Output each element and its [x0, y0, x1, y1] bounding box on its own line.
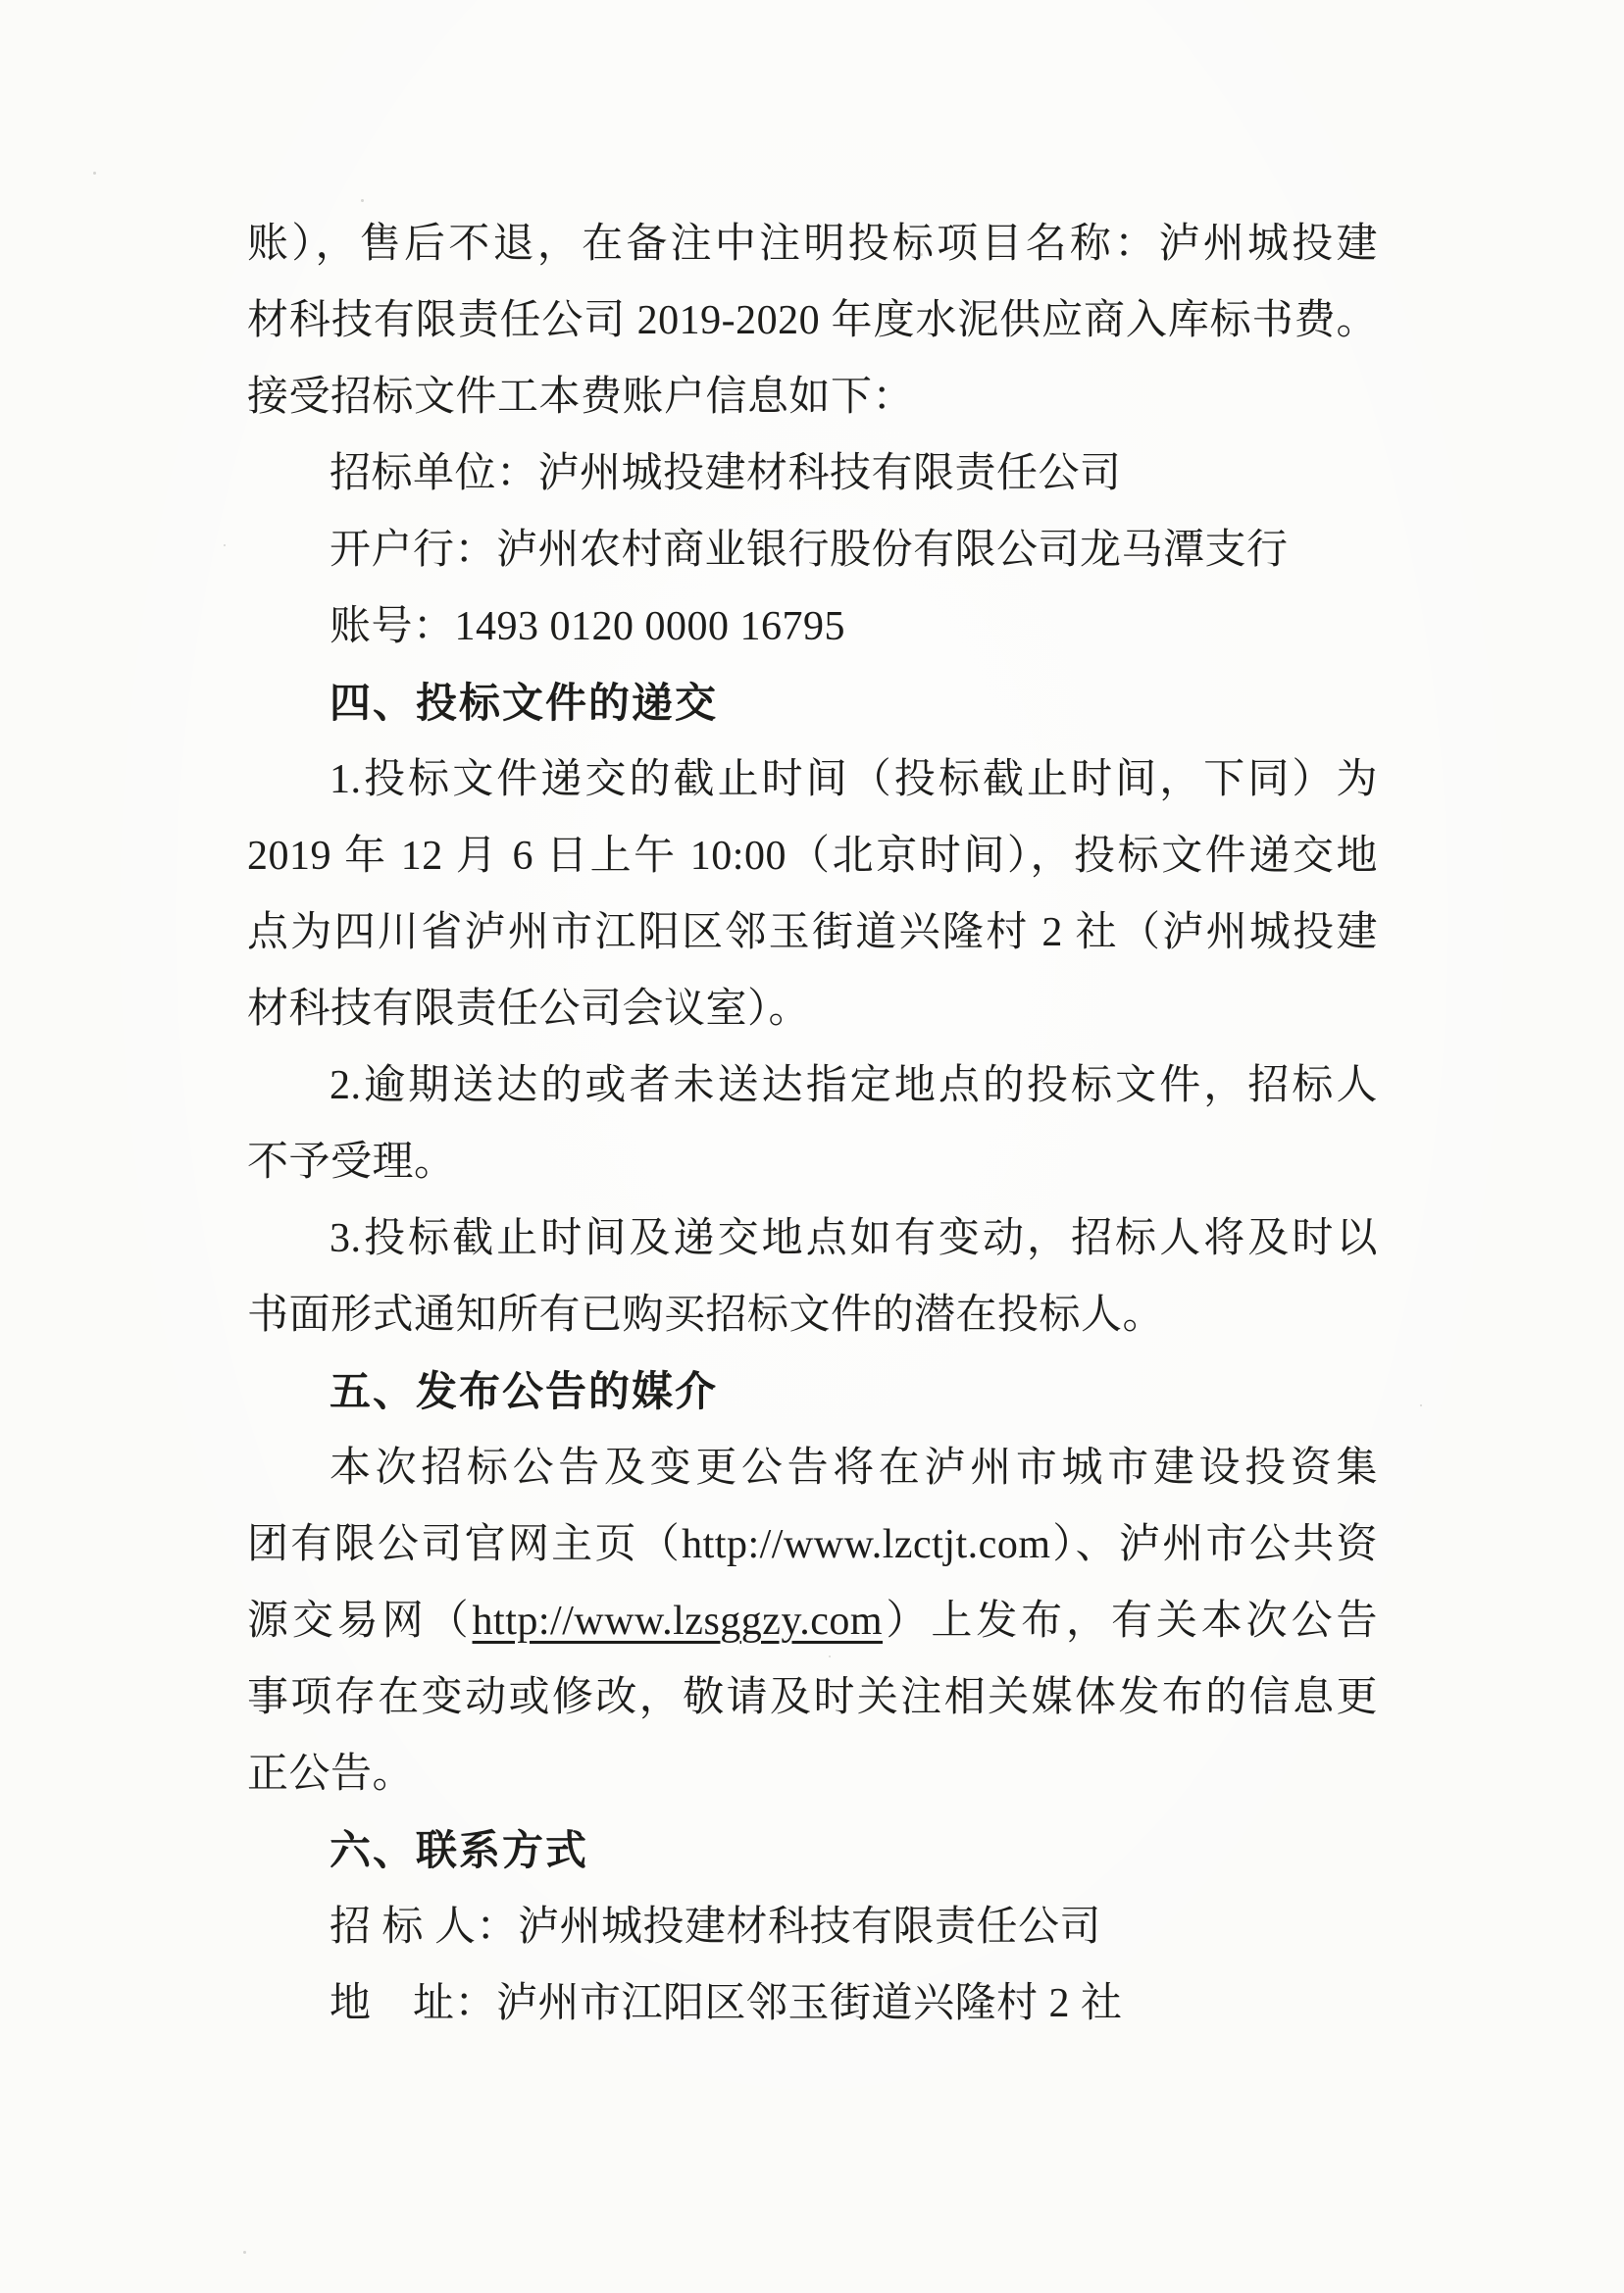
document-page: 账），售后不退，在备注中注明投标项目名称：泸州城投建材科技有限责任公司 2019… — [0, 0, 1624, 2293]
doc-line: 2.逾期送达的或者未送达指定地点的投标文件，招标人 — [247, 1047, 1378, 1124]
doc-line: 招 标 人：泸州城投建材科技有限责任公司 — [247, 1889, 1378, 1965]
section-heading: 六、联系方式 — [247, 1812, 1378, 1889]
text-run: 四、投标文件的递交 — [330, 680, 718, 726]
scan-speck — [361, 199, 364, 202]
doc-line: 材科技有限责任公司会议室）。 — [247, 971, 1378, 1047]
scan-speck — [243, 2251, 246, 2254]
section-heading: 五、发布公告的媒介 — [247, 1353, 1378, 1430]
doc-line: 账号：1493 0120 0000 16795 — [247, 588, 1378, 665]
text-run: 接受招标文件工本费账户信息如下： — [247, 375, 914, 420]
text-run: 2.逾期送达的或者未送达指定地点的投标文件，招标人 — [330, 1063, 1378, 1108]
text-run: 书面形式通知所有已购买招标文件的潜在投标人。 — [247, 1293, 1164, 1338]
text-run: 事项存在变动或修改，敬请及时关注相关媒体发布的信息更 — [247, 1675, 1378, 1720]
text-run: ）上发布，有关本次公告 — [883, 1599, 1378, 1644]
doc-line: 账），售后不退，在备注中注明投标项目名称：泸州城投建 — [247, 206, 1378, 282]
text-run: 材科技有限责任公司会议室）。 — [247, 987, 810, 1032]
text-run: 点为四川省泸州市江阳区邻玉街道兴隆村 2 社（泸州城投建 — [247, 910, 1378, 955]
text-run: 招标单位：泸州城投建材科技有限责任公司 — [330, 451, 1122, 496]
doc-line: 源交易网（http://www.lzsggzy.com）上发布，有关本次公告 — [247, 1583, 1378, 1659]
text-run: 本次招标公告及变更公告将在泸州市城市建设投资集 — [330, 1446, 1378, 1491]
text-run: 源交易网（ — [247, 1599, 473, 1644]
doc-line: 开户行：泸州农村商业银行股份有限公司龙马潭支行 — [247, 512, 1378, 588]
text-run: 材科技有限责任公司 2019-2020 年度水泥供应商入库标书费。 — [247, 298, 1378, 343]
scan-speck — [1420, 1404, 1422, 1406]
scan-speck — [224, 544, 226, 546]
doc-line: 材科技有限责任公司 2019-2020 年度水泥供应商入库标书费。 — [247, 282, 1378, 359]
doc-line: 接受招标文件工本费账户信息如下： — [247, 359, 1378, 435]
text-run: 账），售后不退，在备注中注明投标项目名称：泸州城投建 — [247, 222, 1378, 267]
text-run: 开户行：泸州农村商业银行股份有限公司龙马潭支行 — [330, 528, 1289, 573]
doc-line: 团有限公司官网主页（http://www.lzctjt.com）、泸州市公共资 — [247, 1506, 1378, 1583]
doc-line: 1.投标文件递交的截止时间（投标截止时间，下同）为 — [247, 741, 1378, 818]
doc-line: 事项存在变动或修改，敬请及时关注相关媒体发布的信息更 — [247, 1659, 1378, 1736]
doc-line: 地 址：泸州市江阳区邻玉街道兴隆村 2 社 — [247, 1965, 1378, 2042]
doc-line: 3.投标截止时间及递交地点如有变动，招标人将及时以 — [247, 1200, 1378, 1277]
text-run: 地 址：泸州市江阳区邻玉街道兴隆村 2 社 — [330, 1981, 1123, 2026]
doc-line: 不予受理。 — [247, 1124, 1378, 1200]
scan-speck — [93, 172, 96, 175]
text-run: 不予受理。 — [247, 1140, 456, 1185]
doc-line: 正公告。 — [247, 1736, 1378, 1812]
text-run: 账号：1493 0120 0000 16795 — [330, 604, 845, 649]
text-run: 2019 年 12 月 6 日上午 10:00（北京时间），投标文件递交地 — [247, 834, 1378, 879]
text-run: 3.投标截止时间及递交地点如有变动，招标人将及时以 — [330, 1216, 1378, 1261]
text-run: 招 标 人：泸州城投建材科技有限责任公司 — [330, 1905, 1101, 1950]
doc-line: 招标单位：泸州城投建材科技有限责任公司 — [247, 435, 1378, 512]
doc-line: 点为四川省泸州市江阳区邻玉街道兴隆村 2 社（泸州城投建 — [247, 894, 1378, 971]
text-run: 六、联系方式 — [330, 1827, 588, 1873]
doc-line: 2019 年 12 月 6 日上午 10:00（北京时间），投标文件递交地 — [247, 818, 1378, 894]
document-text-block: 账），售后不退，在备注中注明投标项目名称：泸州城投建材科技有限责任公司 2019… — [247, 206, 1378, 2042]
text-run: 五、发布公告的媒介 — [330, 1368, 718, 1414]
text-run: 1.投标文件递交的截止时间（投标截止时间，下同）为 — [330, 757, 1378, 802]
doc-line: 本次招标公告及变更公告将在泸州市城市建设投资集 — [247, 1430, 1378, 1506]
underlined-url: http://www.lzsggzy.com — [473, 1599, 884, 1644]
section-heading: 四、投标文件的递交 — [247, 665, 1378, 741]
doc-line: 书面形式通知所有已购买招标文件的潜在投标人。 — [247, 1277, 1378, 1353]
text-run: 正公告。 — [247, 1752, 414, 1797]
text-run: 团有限公司官网主页（http://www.lzctjt.com）、泸州市公共资 — [247, 1522, 1378, 1567]
